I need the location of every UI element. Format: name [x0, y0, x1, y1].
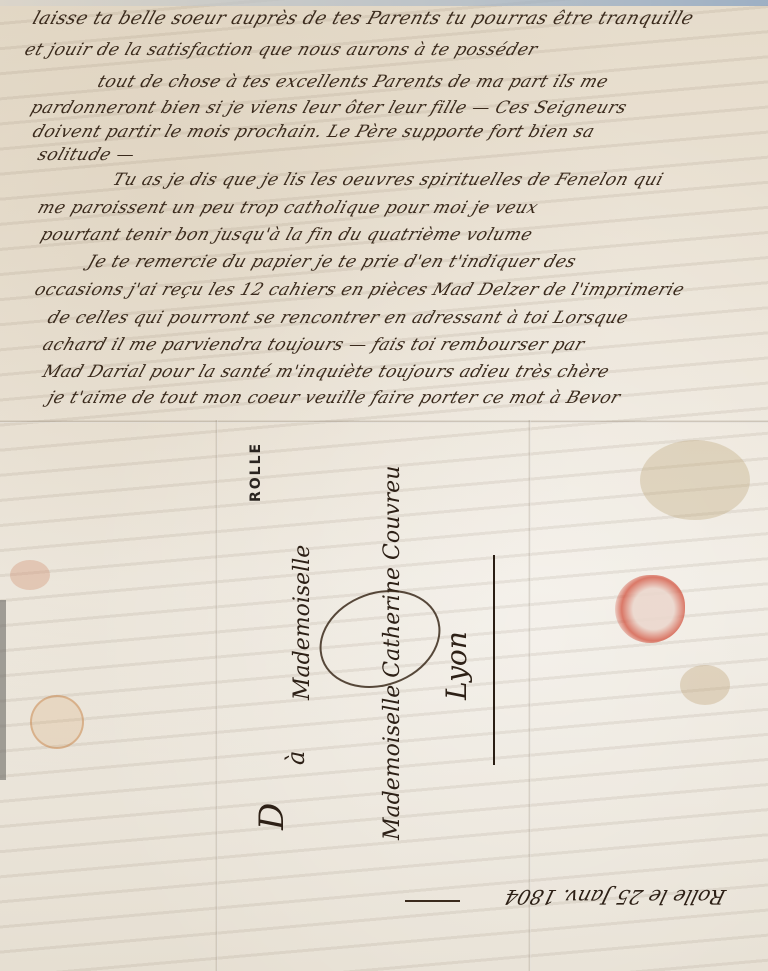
body-line: pourtant tenir bon jusqu'à la fin du qua…	[38, 225, 535, 245]
body-line: solitude —	[35, 145, 137, 165]
background-edge	[0, 0, 768, 6]
body-line: occasions j'ai reçu les 12 cahiers en pi…	[32, 280, 687, 300]
rolle-postmark: ROLLE	[248, 442, 264, 502]
body-line: Je te remercie du papier je te prie d'en…	[85, 252, 579, 272]
body-line: me paroissent un peu trop catholique pou…	[35, 198, 541, 218]
address-prefix: à	[282, 751, 310, 765]
body-line: et jouir de la satisfaction que nous aur…	[22, 40, 540, 60]
rust-stain	[10, 560, 50, 590]
address-underline	[493, 555, 495, 765]
wax-seal	[615, 575, 685, 643]
dateline: Rolle le 25 Janv. 1804	[502, 885, 728, 909]
body-line: pardonneront bien si je viens leur ôter …	[28, 98, 630, 118]
torn-edge-shadow	[0, 600, 6, 780]
water-stain	[640, 440, 750, 520]
fold-line-horizontal	[0, 420, 768, 423]
body-line: tout de chose à tes excellents Parents d…	[95, 72, 611, 92]
body-line: Mad Darial pour la santé m'inquiète touj…	[40, 362, 612, 382]
dateline-dash	[405, 900, 460, 902]
address-city: Lyon	[440, 631, 473, 700]
address-initial: D	[252, 803, 292, 830]
address-line-1: Mademoiselle	[290, 545, 315, 700]
fold-line-vertical-left	[215, 420, 218, 971]
postmark-stain	[30, 695, 84, 749]
body-line: achard il me parviendra toujours — fais …	[40, 335, 587, 355]
body-line: doivent partir le mois prochain. Le Père…	[30, 122, 597, 142]
body-line: de celles qui pourront se rencontrer en …	[45, 308, 631, 328]
body-line: Tu as je dis que je lis les oeuvres spir…	[110, 170, 666, 190]
water-stain	[680, 665, 730, 705]
body-line: laisse ta belle soeur auprès de tes Pare…	[30, 8, 697, 29]
body-line: je t'aime de tout mon coeur veuille fair…	[45, 388, 623, 408]
